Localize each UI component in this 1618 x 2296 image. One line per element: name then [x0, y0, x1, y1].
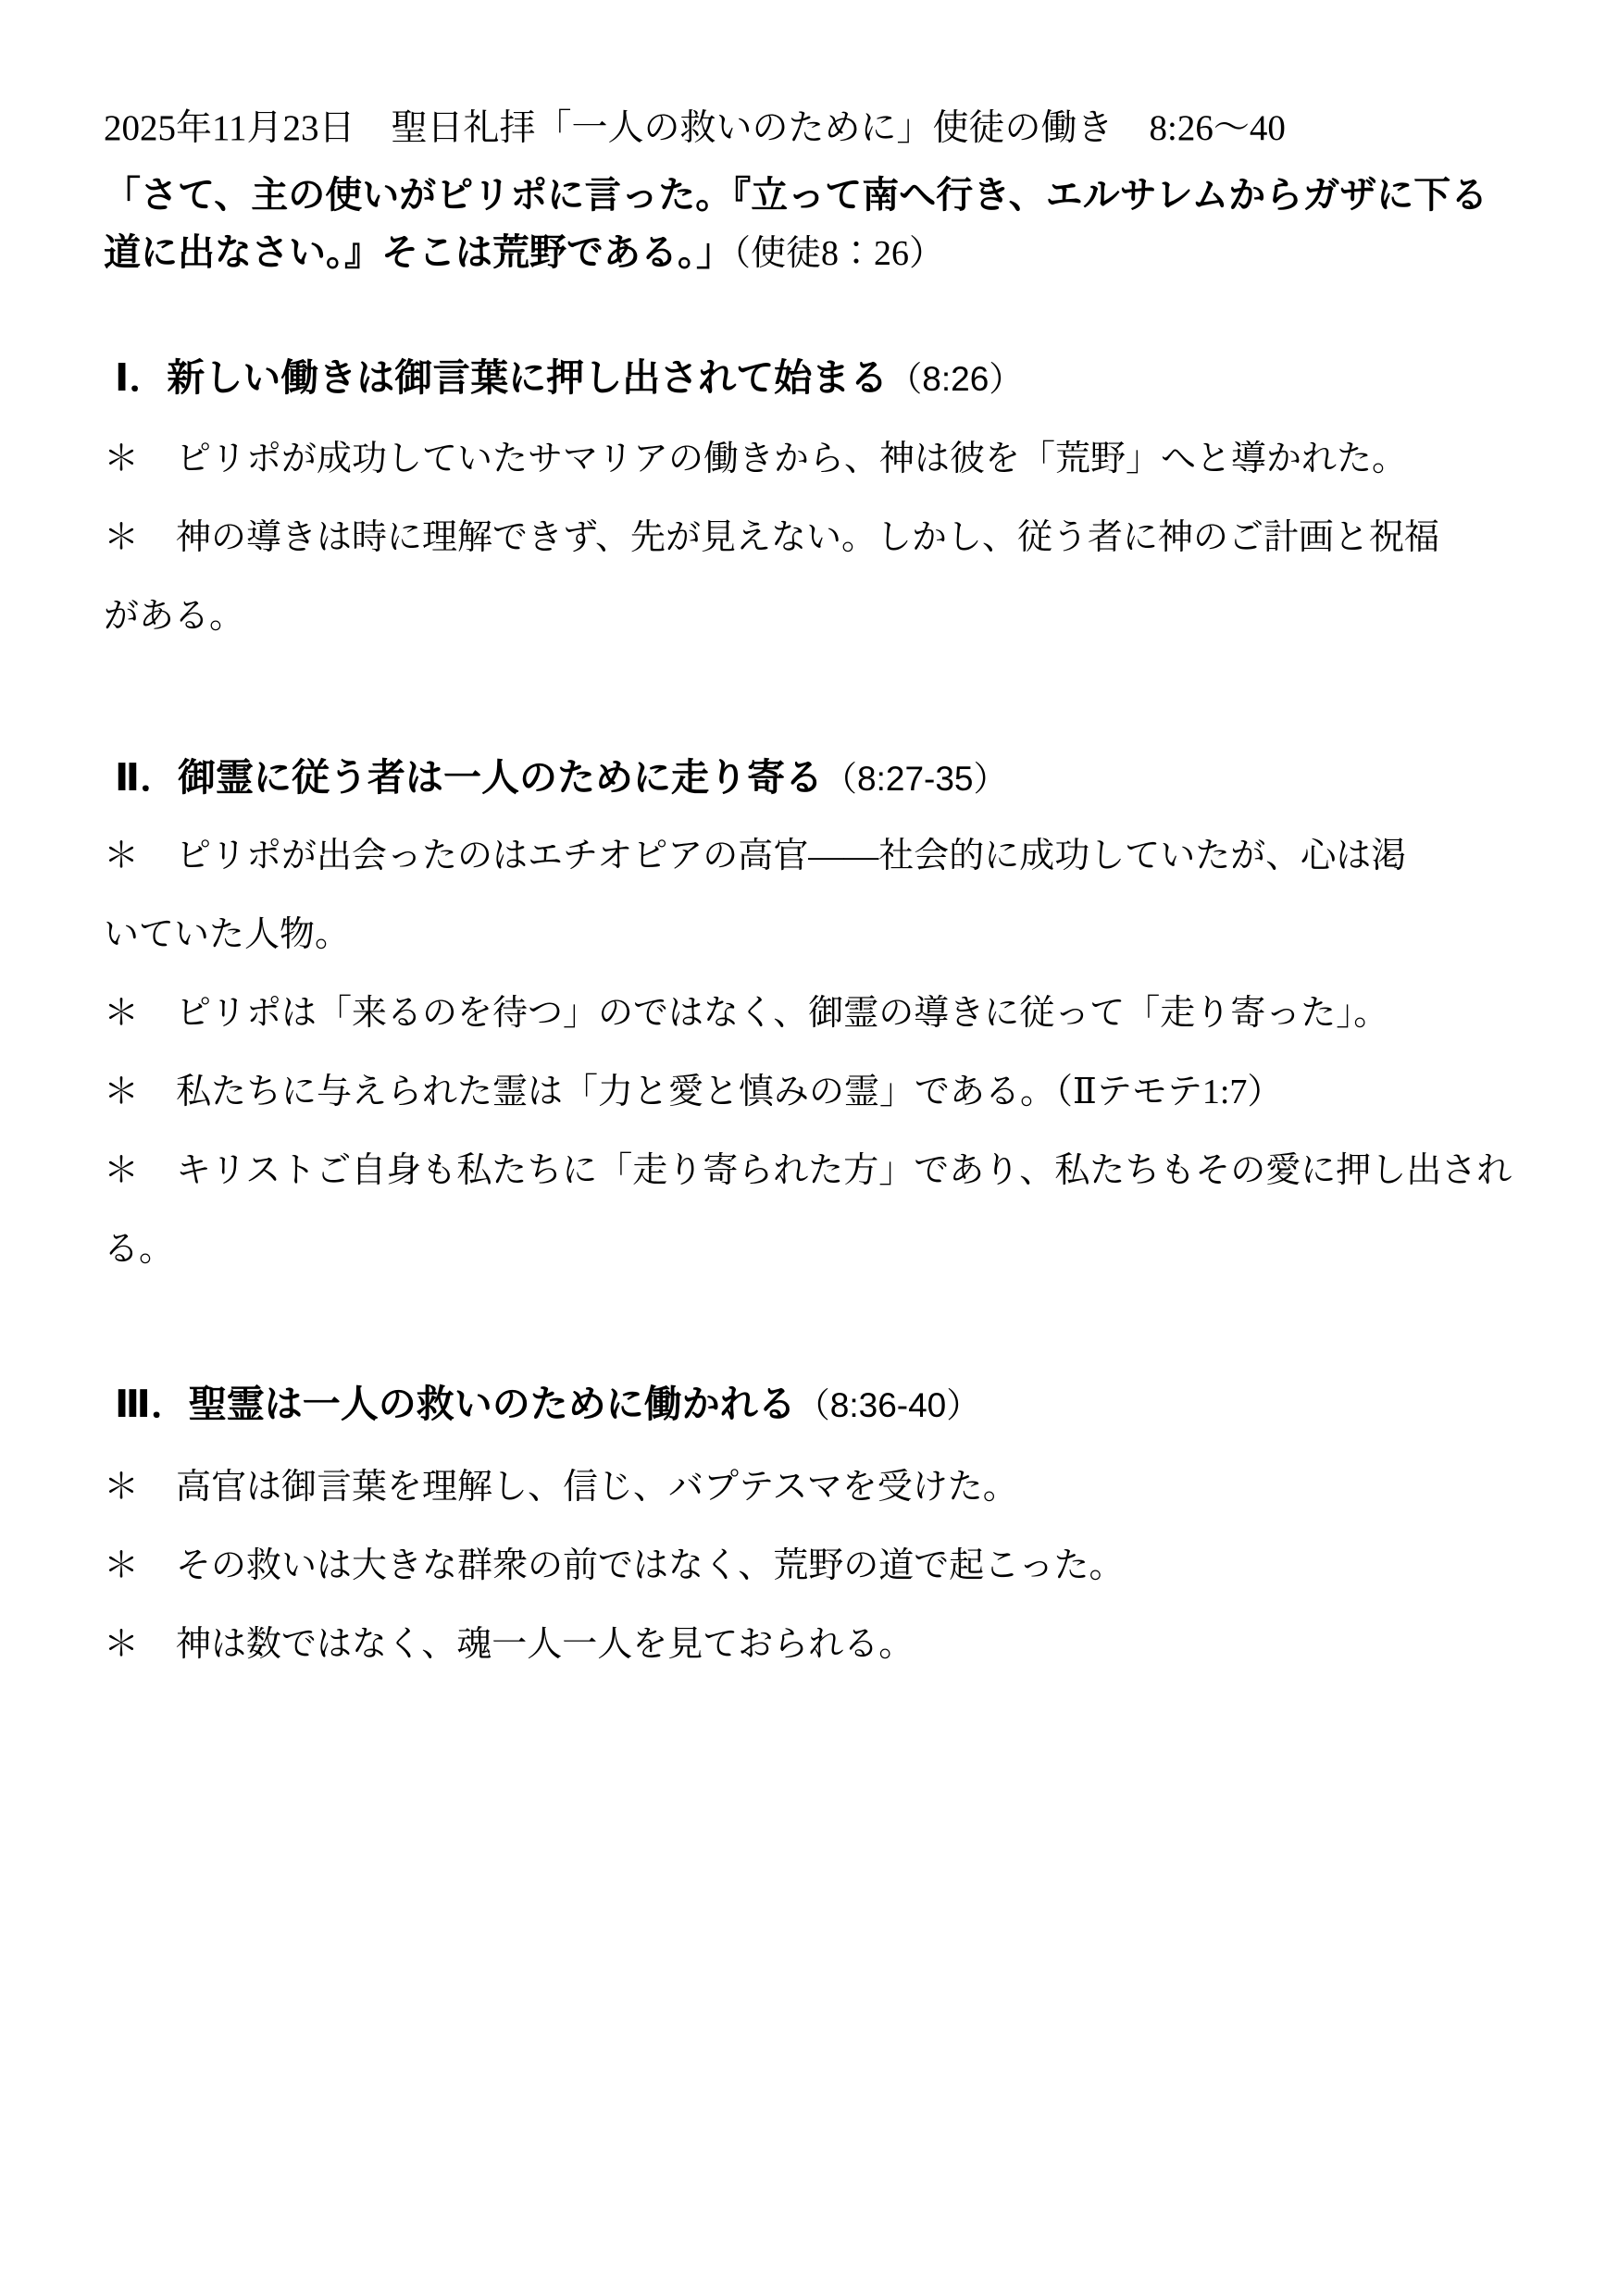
bullet-line: がある。 [104, 597, 244, 636]
section-bullets: ＊ピリポが成功していたサマリアの働きから、神は彼を「荒野」へと導かれた。＊神の導… [104, 420, 1537, 656]
bullet-line: 神の導きは時に理解できず、先が見えない。しかし、従う者に神のご計画と祝福 [176, 518, 1439, 557]
section-heading: Ⅲ．聖霊は一人の救いのために働かれる（8:36-40） [104, 1374, 1537, 1435]
section-heading: Ⅰ．新しい働きは御言葉に押し出されて始まる（8:26） [104, 348, 1537, 409]
section-1: Ⅰ．新しい働きは御言葉に押し出されて始まる（8:26）＊ピリポが成功していたサマ… [104, 348, 1537, 656]
document-title: 2025年11月23日 聖日礼拝「一人の救いのために」使徒の働き 8:26～40 [104, 102, 1537, 155]
sections: Ⅰ．新しい働きは御言葉に押し出されて始まる（8:26）＊ピリポが成功していたサマ… [104, 348, 1537, 1684]
section-bullets: ＊高官は御言葉を理解し、信じ、バプテスマを受けた。＊その救いは大きな群衆の前では… [104, 1448, 1537, 1684]
bullet-marker: ＊ [104, 440, 139, 478]
scripture-quote: 「さて、主の使いがピリポに言った。『立って南へ行き、エルサレムからガザに下る 道… [104, 167, 1537, 282]
section-numeral: Ⅱ． [115, 756, 178, 799]
bullet-item: ＊ピリポが成功していたサマリアの働きから、神は彼を「荒野」へと導かれた。 [104, 420, 1537, 499]
section-numeral: Ⅰ． [115, 356, 167, 399]
section-title: 聖霊は一人の救いのために働かれる [189, 1383, 796, 1425]
bullet-line: 私たちに与えられた霊は「力と愛と慎みの霊」である。（Ⅱテモテ1:7） [176, 1073, 1282, 1111]
scripture-quote-line-1: 「さて、主の使いがピリポに言った。『立って南へ行き、エルサレムからガザに下る [104, 167, 1537, 224]
bullet-marker: ＊ [104, 1073, 139, 1111]
scripture-quote-text-2: 道に出なさい。』そこは荒野である。」 [104, 232, 733, 273]
bullet-item: ＊ピリポが出会ったのはエチオピアの高官——社会的に成功していたが、心は渇いていた… [104, 817, 1537, 974]
section-verse-ref: （8:36-40） [796, 1386, 981, 1424]
bullet-line: 神は数ではなく、魂一人一人を見ておられる。 [176, 1625, 914, 1664]
bullet-marker: ＊ [104, 1546, 139, 1585]
document-page: { "document": { "background": "#ffffff",… [0, 0, 1618, 2296]
bullet-line: いていた人物。 [104, 915, 350, 954]
section-numeral: Ⅲ． [115, 1383, 189, 1425]
bullet-line: ピリポは「来るのを待つ」のではなく、御霊の導きに従って「走り寄った」。 [176, 994, 1388, 1033]
bullet-line: ピリポが出会ったのはエチオピアの高官——社会的に成功していたが、心は渇 [176, 837, 1406, 875]
section-3: Ⅲ．聖霊は一人の救いのために働かれる（8:36-40）＊高官は御言葉を理解し、信… [104, 1374, 1537, 1684]
bullet-item: ＊ピリポは「来るのを待つ」のではなく、御霊の導きに従って「走り寄った」。 [104, 974, 1537, 1053]
bullet-item: ＊神は数ではなく、魂一人一人を見ておられる。 [104, 1606, 1537, 1684]
scripture-quote-text-1: 「さて、主の使いがピリポに言った。『立って南へ行き、エルサレムからガザに下る [104, 175, 1487, 216]
bullet-item: ＊その救いは大きな群衆の前ではなく、荒野の道で起こった。 [104, 1527, 1537, 1606]
bullet-item: ＊私たちに与えられた霊は「力と愛と慎みの霊」である。（Ⅱテモテ1:7） [104, 1053, 1537, 1132]
section-heading: Ⅱ．御霊に従う者は一人のために走り寄る（8:27-35） [104, 748, 1537, 809]
bullet-marker: ＊ [104, 994, 139, 1033]
section-title: 新しい働きは御言葉に押し出されて始まる [167, 356, 888, 399]
bullet-line: キリストご自身も私たちに「走り寄られた方」であり、私たちもその愛に押し出され [176, 1151, 1512, 1190]
bullet-line: 高官は御言葉を理解し、信じ、バプテスマを受けた。 [176, 1468, 1018, 1507]
section-title: 御霊に従う者は一人のために走り寄る [178, 756, 823, 799]
bullet-line: ピリポが成功していたサマリアの働きから、神は彼を「荒野」へと導かれた。 [176, 440, 1407, 478]
section-verse-ref: （8:26） [888, 360, 1023, 398]
bullet-marker: ＊ [104, 1625, 139, 1664]
bullet-item: ＊高官は御言葉を理解し、信じ、バプテスマを受けた。 [104, 1448, 1537, 1527]
bullet-marker: ＊ [104, 837, 139, 875]
scripture-quote-line-2: 道に出なさい。』そこは荒野である。」（使徒8：26） [104, 224, 1537, 282]
bullet-marker: ＊ [104, 1151, 139, 1190]
section-verse-ref: （8:27-35） [823, 760, 1008, 798]
bullet-line: その救いは大きな群衆の前ではなく、荒野の道で起こった。 [176, 1546, 1124, 1585]
bullet-item: ＊キリストご自身も私たちに「走り寄られた方」であり、私たちもその愛に押し出される… [104, 1132, 1537, 1289]
bullet-marker: ＊ [104, 518, 139, 557]
section-2: Ⅱ．御霊に従う者は一人のために走り寄る（8:27-35）＊ピリポが出会ったのはエ… [104, 748, 1537, 1289]
bullet-line: る。 [104, 1230, 174, 1269]
sermon-outline-page: 2025年11月23日 聖日礼拝「一人の救いのために」使徒の働き 8:26～40… [0, 0, 1618, 2296]
section-bullets: ＊ピリポが出会ったのはエチオピアの高官——社会的に成功していたが、心は渇いていた… [104, 817, 1537, 1289]
bullet-marker: ＊ [104, 1468, 139, 1507]
bullet-item: ＊神の導きは時に理解できず、先が見えない。しかし、従う者に神のご計画と祝福がある… [104, 499, 1537, 656]
scripture-reference: （使徒8：26） [733, 234, 944, 273]
